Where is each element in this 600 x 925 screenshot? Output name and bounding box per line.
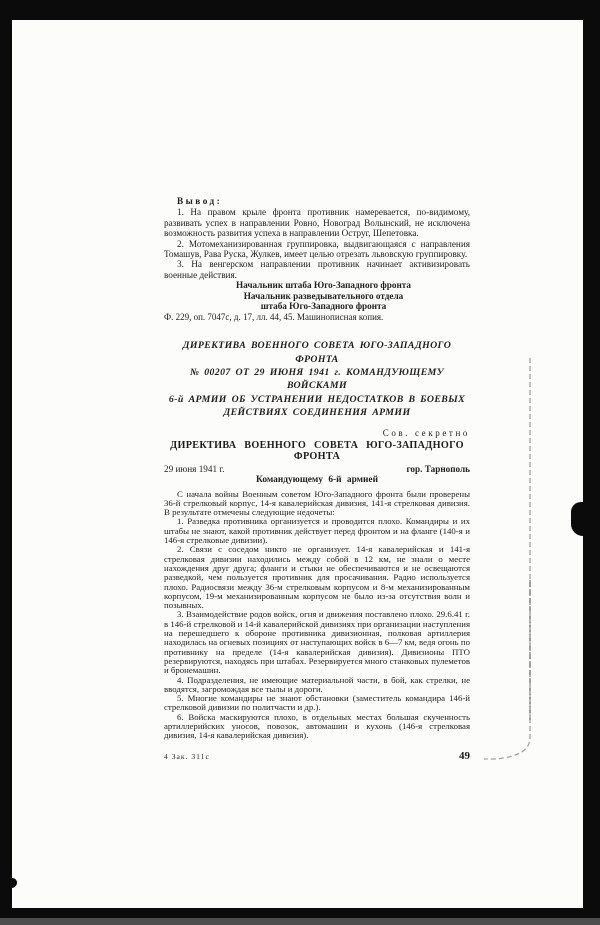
directive-title-line1: ДИРЕКТИВА ВОЕННОГО СОВЕТА ЮГО-ЗАПАДНОГО …: [164, 339, 470, 366]
scan-bottom-strip: [0, 918, 600, 925]
page-number: 49: [459, 750, 470, 762]
directive-title: ДИРЕКТИВА ВОЕННОГО СОВЕТА ЮГО-ЗАПАДНОГО …: [164, 339, 470, 419]
body-paragraph-3: 3. Взаимодействие родов войск, огня и дв…: [164, 610, 470, 675]
signature-intel-line1: Начальник разведывательного отдела: [244, 291, 404, 301]
dateline-date: 29 июня 1941 г.: [164, 464, 224, 474]
signature-intel-line2: штаба Юго-Западного фронта: [164, 301, 470, 312]
body-paragraph-2: 2. Связи с соседом никто не организует. …: [164, 545, 470, 610]
directive-title-line3: 6-й АРМИИ ОБ УСТРАНЕНИИ НЕДОСТАТКОВ В БО…: [164, 393, 470, 406]
conclusion-heading: Вывод:: [164, 196, 470, 206]
signature-intel-chief: Начальник разведывательного отделаштаба …: [164, 291, 470, 312]
directive-body: С начала войны Военным советом Юго-Запад…: [164, 490, 470, 741]
dateline-place: гор. Тарнополь: [406, 464, 470, 474]
scan-edge-blob: [571, 502, 585, 536]
scan-background: Вывод: 1. На правом крыле фронта противн…: [0, 0, 600, 925]
scan-edge-speck: [11, 878, 17, 888]
body-paragraph-5: 5. Многие командиры не знают обстановки …: [164, 694, 470, 713]
document-page: Вывод: 1. На правом крыле фронта противн…: [12, 20, 583, 908]
archive-reference: Ф. 229, оп. 7047с, д. 17, лл. 44, 45. Ма…: [164, 312, 470, 322]
body-paragraph-6: 6. Войска маскируются плохо, в отдельных…: [164, 713, 470, 741]
signature-chief-of-staff: Начальник штаба Юго-Западного фронта: [164, 280, 470, 291]
directive-title-line2: № 00207 ОТ 29 ИЮНЯ 1941 г. КОМАНДУЮЩЕМУ …: [164, 366, 470, 393]
printer-imprint: 4 Зак. 311с: [164, 752, 210, 761]
classification-stamp: Сов. секретно: [164, 428, 470, 438]
directive-title-line4: ДЕЙСТВИЯХ СОЕДИНЕНИЯ АРМИИ: [164, 406, 470, 419]
body-paragraph-4: 4. Подразделения, не имеющие материально…: [164, 676, 470, 695]
directive-heading: ДИРЕКТИВА ВОЕННОГО СОВЕТА ЮГО-ЗАПАДНОГО …: [164, 440, 470, 462]
dateline: 29 июня 1941 г. гор. Тарнополь: [164, 464, 470, 474]
text-column: Вывод: 1. На правом крыле фронта противн…: [164, 196, 470, 762]
conclusion-item-2: 2. Мотомеханизированная группировка, выд…: [164, 239, 470, 260]
conclusion-item-1: 1. На правом крыле фронта противник наме…: [164, 207, 470, 238]
page-footer: 4 Зак. 311с 49: [164, 750, 470, 762]
addressee-line: Командующему 6-й армией: [164, 475, 470, 485]
conclusion-section: Вывод: 1. На правом крыле фронта противн…: [164, 196, 470, 322]
conclusion-item-3: 3. На венгерском направлении противник н…: [164, 259, 470, 280]
body-paragraph-1: 1. Разведка противника организуется и пр…: [164, 517, 470, 545]
body-paragraph-intro: С начала войны Военным советом Юго-Запад…: [164, 490, 470, 518]
